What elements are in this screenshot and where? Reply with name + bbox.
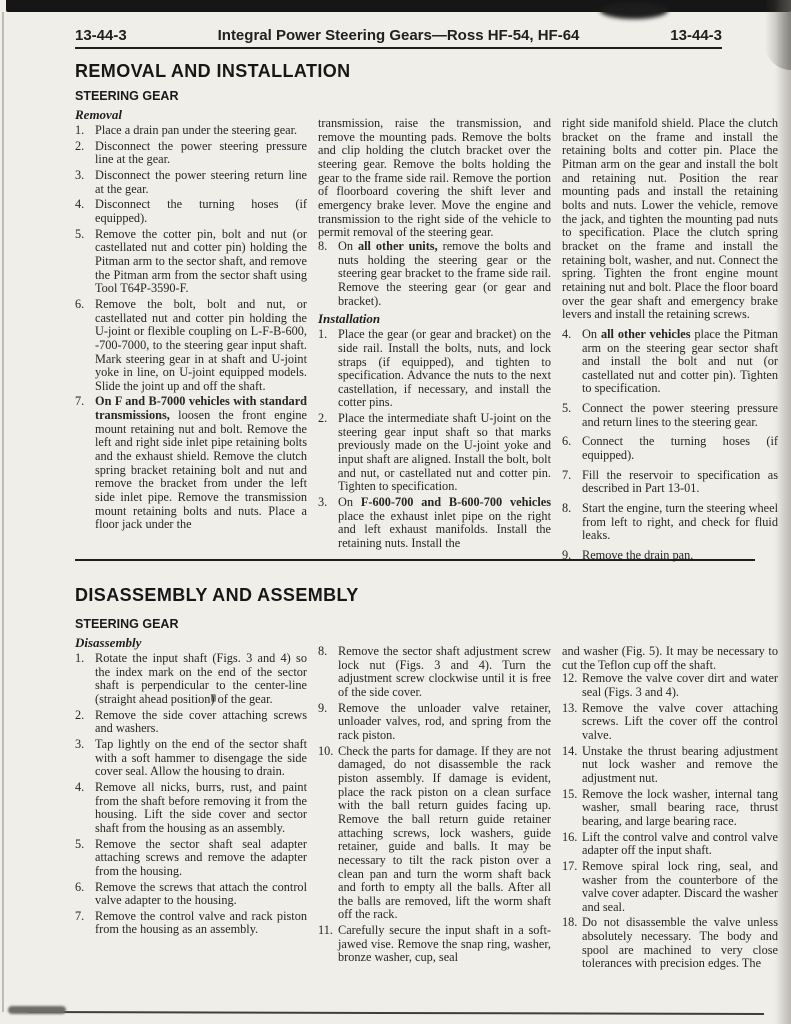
section-divider-rule: [75, 559, 755, 561]
item-text: Place a drain pan under the steering gea…: [95, 124, 307, 138]
item-text: Remove the control valve and rack piston…: [95, 910, 307, 937]
continuation-text: transmission, raise the transmission, an…: [318, 116, 551, 239]
list-item: 4.Remove all nicks, burrs, rust, and pai…: [75, 781, 307, 836]
item-number: 18.: [562, 916, 582, 971]
continuation-paragraph: right side manifold shield. Place the cl…: [562, 117, 778, 322]
item-text: Carefully secure the input shaft in a so…: [338, 924, 551, 965]
item-text: Remove the valve cover attaching screws.…: [582, 702, 778, 743]
item-text: Place the intermediate shaft U-joint on …: [338, 412, 551, 494]
list-item: 14.Unstake the thrust bearing adjustment…: [562, 745, 778, 786]
item-number: 4.: [562, 328, 582, 396]
list-item: 2.Remove the side cover attaching screws…: [75, 709, 307, 736]
item-number: 2.: [318, 412, 338, 494]
item-number: 5.: [75, 228, 95, 296]
item-text: Remove the cotter pin, bolt and nut (or …: [95, 228, 307, 296]
continuation-text: and washer (Fig. 5). It may be necessary…: [562, 644, 778, 672]
scan-smudge: [600, 2, 668, 19]
item-number: 2.: [75, 140, 95, 167]
item-text: Check the parts for damage. If they are …: [338, 745, 551, 923]
disassembly-column-2: 8.Remove the sector shaft adjustment scr…: [318, 617, 551, 973]
list-item: 12.Remove the valve cover dirt and water…: [562, 672, 778, 699]
continuation-paragraph: transmission, raise the transmission, an…: [318, 117, 551, 240]
item-number: 8.: [318, 645, 338, 700]
list-item: 4.On all other vehicles place the Pitman…: [562, 328, 778, 396]
page-header: 13-44-3 Integral Power Steering Gears—Ro…: [75, 27, 722, 44]
item-number: 8.: [318, 240, 338, 308]
item-number: 7.: [75, 395, 95, 532]
item-text: Rotate the input shaft (Figs. 3 and 4) s…: [95, 652, 307, 707]
item-text: Lift the control valve and control valve…: [582, 831, 778, 858]
item-text: Remove all nicks, burrs, rust, and paint…: [95, 781, 307, 836]
list-item: 5.Remove the sector shaft seal adapter a…: [75, 838, 307, 879]
item-text: Remove the valve cover dirt and water se…: [582, 672, 778, 699]
item-number: 12.: [562, 672, 582, 699]
item-text: Remove the sector shaft seal adapter att…: [95, 838, 307, 879]
list-item: 3.Disconnect the power steering return l…: [75, 169, 307, 196]
item-number: 7.: [75, 910, 95, 937]
list-item: 7.On F and B-7000 vehicles with standard…: [75, 395, 307, 532]
item-text: Connect the power steering pressure and …: [582, 402, 778, 429]
list-item: 10.Check the parts for damage. If they a…: [318, 745, 551, 923]
item-number: 2.: [75, 709, 95, 736]
list-item: 6.Remove the screws that attach the cont…: [75, 881, 307, 908]
item-text: Disconnect the turning hoses (if equippe…: [95, 198, 307, 225]
item-number: 6.: [75, 881, 95, 908]
item-number: 11.: [318, 924, 338, 965]
item-number: 10.: [318, 745, 338, 923]
item-text: Remove the lock washer, internal tang wa…: [582, 788, 778, 829]
list-item: 17.Remove spiral lock ring, seal, and wa…: [562, 860, 778, 915]
column-heading: STEERING GEAR: [75, 89, 307, 104]
item-number: 14.: [562, 745, 582, 786]
item-text: On F and B-7000 vehicles with standard t…: [95, 395, 307, 532]
section-title-removal-and-installation: REMOVAL AND INSTALLATION: [75, 61, 351, 82]
item-text: Remove the side cover attaching screws a…: [95, 709, 307, 736]
list-item: 13.Remove the valve cover attaching scre…: [562, 702, 778, 743]
item-text: Do not disassemble the valve unless abso…: [582, 916, 778, 971]
manual-page: 13-44-3 Integral Power Steering Gears—Ro…: [0, 0, 791, 1024]
page-number-left: 13-44-3: [75, 27, 127, 44]
item-text: Connect the turning hoses (if equipped).: [582, 435, 778, 462]
list-item: 4.Disconnect the turning hoses (if equip…: [75, 198, 307, 225]
list-item: 7.Remove the control valve and rack pist…: [75, 910, 307, 937]
item-number: 17.: [562, 860, 582, 915]
list-item: 18.Do not disassemble the valve unless a…: [562, 916, 778, 971]
item-number: 16.: [562, 831, 582, 858]
list-item: 6.Remove the bolt, bolt and nut, or cast…: [75, 298, 307, 394]
item-text: Disconnect the power steering return lin…: [95, 169, 307, 196]
item-number: 13.: [562, 702, 582, 743]
list-item: 1.Place a drain pan under the steering g…: [75, 124, 307, 138]
item-text: Remove the unloader valve retainer, unlo…: [338, 702, 551, 743]
item-text: Remove the sector shaft adjustment screw…: [338, 645, 551, 700]
item-text: Start the engine, turn the steering whee…: [582, 502, 778, 543]
list-item: 3.Tap lightly on the end of the sector s…: [75, 738, 307, 779]
list-item: 9.Remove the unloader valve retainer, un…: [318, 702, 551, 743]
section-disassembly-columns: STEERING GEARDisassembly1.Rotate the inp…: [75, 617, 778, 973]
page-number-right: 13-44-3: [670, 27, 722, 44]
column-heading: STEERING GEAR: [75, 617, 307, 632]
list-item: 6.Connect the turning hoses (if equipped…: [562, 435, 778, 462]
scan-bottom-smudge: [8, 1006, 66, 1014]
item-number: 4.: [75, 198, 95, 225]
removal-column-2: transmission, raise the transmission, an…: [318, 89, 551, 565]
list-item: 16.Lift the control valve and control va…: [562, 831, 778, 858]
column-subheading: Removal: [75, 107, 307, 122]
header-rule: [75, 47, 722, 49]
item-text: Unstake the thrust bearing adjustment nu…: [582, 745, 778, 786]
item-number: 3.: [75, 738, 95, 779]
list-item: 8.On all other units, remove the bolts a…: [318, 240, 551, 308]
item-number: 5.: [562, 402, 582, 429]
item-number: 3.: [318, 496, 338, 551]
header-title: Integral Power Steering Gears—Ross HF-54…: [218, 27, 580, 44]
item-text: On all other units, remove the bolts and…: [338, 240, 551, 308]
item-text: Disconnect the power steering pressure l…: [95, 140, 307, 167]
continuation-paragraph: and washer (Fig. 5). It may be necessary…: [562, 645, 778, 672]
list-item: 2.Place the intermediate shaft U-joint o…: [318, 412, 551, 494]
item-text: Remove spiral lock ring, seal, and washe…: [582, 860, 778, 915]
list-item: 8.Start the engine, turn the steering wh…: [562, 502, 778, 543]
list-item: 2.Disconnect the power steering pressure…: [75, 140, 307, 167]
list-item: 7.Fill the reservoir to specification as…: [562, 469, 778, 496]
column-subheading: Installation: [318, 311, 551, 326]
item-text: On F-600-700 and B-600-700 vehicles plac…: [338, 496, 551, 551]
item-text: Place the gear (or gear and bracket) on …: [338, 328, 551, 410]
item-number: 1.: [75, 124, 95, 138]
list-item: 11.Carefully secure the input shaft in a…: [318, 924, 551, 965]
page-left-edge: [2, 12, 4, 1012]
list-item: 3.On F-600-700 and B-600-700 vehicles pl…: [318, 496, 551, 551]
column-subheading: Disassembly: [75, 635, 307, 650]
item-number: 6.: [562, 435, 582, 462]
item-text: Remove the bolt, bolt and nut, or castel…: [95, 298, 307, 394]
list-item: 1.Place the gear (or gear and bracket) o…: [318, 328, 551, 410]
list-item: 5.Remove the cotter pin, bolt and nut (o…: [75, 228, 307, 296]
item-number: 3.: [75, 169, 95, 196]
list-item: 5.Connect the power steering pressure an…: [562, 402, 778, 429]
item-text: Remove the screws that attach the contro…: [95, 881, 307, 908]
item-number: 1.: [318, 328, 338, 410]
disassembly-column-1: STEERING GEARDisassembly1.Rotate the inp…: [75, 617, 307, 973]
item-text: On all other vehicles place the Pitman a…: [582, 328, 778, 396]
item-text: Fill the reservoir to specification as d…: [582, 469, 778, 496]
item-number: 1.: [75, 652, 95, 707]
item-number: 7.: [562, 469, 582, 496]
item-text: Tap lightly on the end of the sector sha…: [95, 738, 307, 779]
list-item: 8.Remove the sector shaft adjustment scr…: [318, 645, 551, 700]
list-item: 15.Remove the lock washer, internal tang…: [562, 788, 778, 829]
removal-column-3: right side manifold shield. Place the cl…: [562, 89, 778, 565]
item-number: 8.: [562, 502, 582, 543]
item-number: 4.: [75, 781, 95, 836]
page-right-corner-shadow: [765, 0, 791, 70]
scan-bottom-edge: [28, 1011, 764, 1015]
item-number: 6.: [75, 298, 95, 394]
section-removal-columns: STEERING GEARRemoval1.Place a drain pan …: [75, 89, 778, 565]
list-item: 1.Rotate the input shaft (Figs. 3 and 4)…: [75, 652, 307, 707]
section-title-disassembly-and-assembly: DISASSEMBLY AND ASSEMBLY: [75, 585, 359, 606]
disassembly-column-3: and washer (Fig. 5). It may be necessary…: [562, 617, 778, 973]
continuation-text: right side manifold shield. Place the cl…: [562, 116, 778, 321]
removal-column-1: STEERING GEARRemoval1.Place a drain pan …: [75, 89, 307, 565]
item-number: 9.: [318, 702, 338, 743]
item-number: 5.: [75, 838, 95, 879]
item-number: 15.: [562, 788, 582, 829]
scan-top-edge: [6, 0, 791, 12]
